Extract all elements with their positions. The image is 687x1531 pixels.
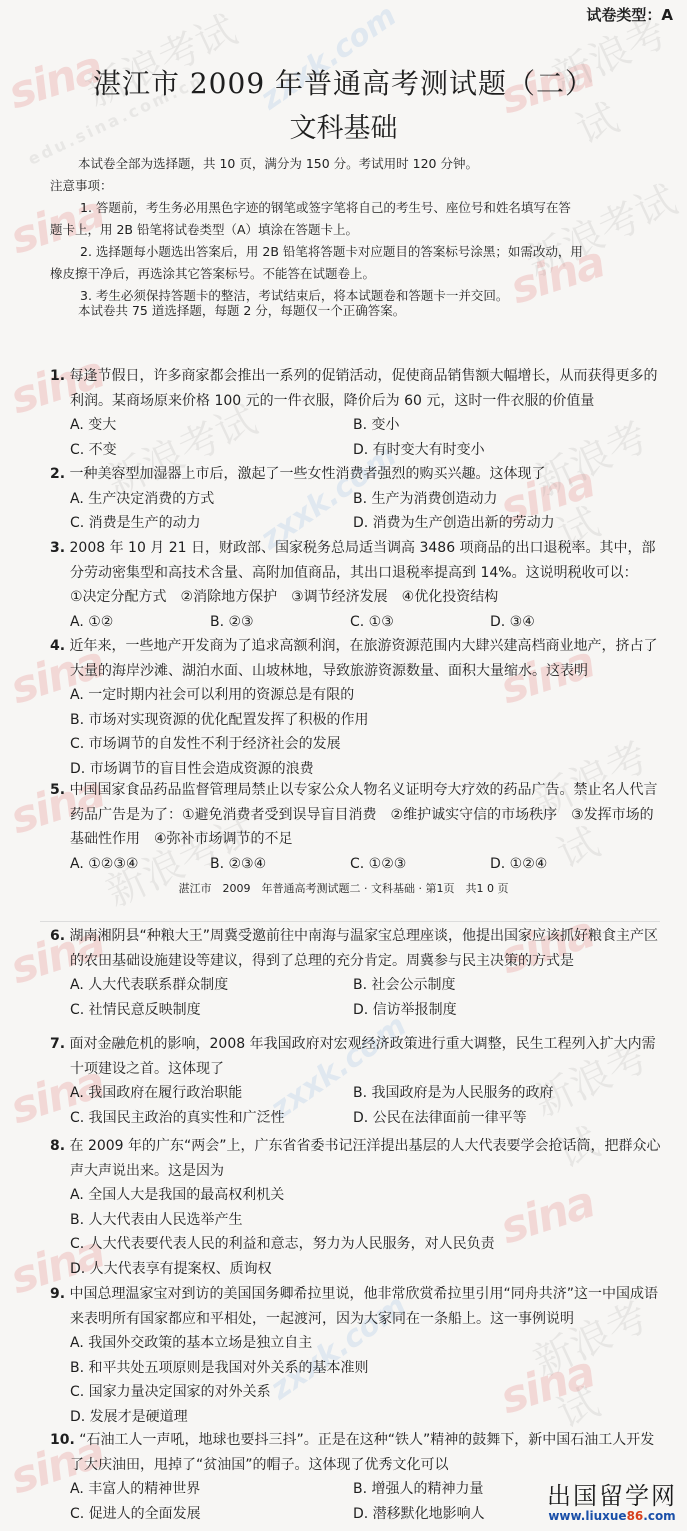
option-b: B. ②③④ — [210, 852, 350, 877]
question-stem: 中国总理温家宝对到访的美国国务卿希拉里说，他非常欣赏希拉里引用“同舟共济”这一中… — [70, 1286, 659, 1327]
exam-instructions: 本试卷全部为选择题，共 10 页，满分为 150 分。考试用时 120 分钟。 … — [50, 153, 660, 307]
question-6: 6. 湖南湘阴县“种粮大王”周冀受邀前往中南海与温家宝总理座谈，他提出国家应该抓… — [50, 924, 665, 1022]
question-number: 2. — [50, 466, 65, 482]
option-b: B. 变小 — [353, 413, 636, 438]
question-stem: 湖南湘阴县“种粮大王”周冀受邀前往中南海与温家宝总理座谈，他提出国家应该抓好粮食… — [70, 928, 659, 969]
option-d: D. ①②④ — [490, 852, 630, 877]
option-c: C. 市场调节的自发性不利于经济社会的发展 — [70, 732, 665, 757]
question-4: 4. 近年来，一些地产开发商为了追求高额利润，在旅游资源范围内大肆兴建高档商业地… — [50, 634, 665, 781]
option-c: C. 消费是生产的动力 — [70, 511, 353, 536]
question-number: 6. — [50, 928, 65, 944]
question-stem: 在 2009 年的广东“两会”上，广东省省委书记汪洋提出基层的人大代表要学会抢话… — [70, 1138, 661, 1179]
option-a: A. ①②③④ — [70, 852, 210, 877]
question-number: 4. — [50, 638, 65, 654]
option-c: C. ①②③ — [350, 852, 490, 877]
exam-page: sina 新浪考试 edu.sina.com.cn zxxk.com sina … — [0, 0, 687, 1531]
brand-url-prefix: www.liuxue — [548, 1509, 626, 1523]
exam-type-label: 试卷类型：A — [586, 4, 673, 25]
question-stem: 每逢节假日，许多商家都会推出一系列的促销活动，促使商品销售额大幅增长，从而获得更… — [70, 368, 658, 409]
option-b: B. ②③ — [210, 610, 350, 635]
option-d: D. 发展才是硬道理 — [70, 1405, 665, 1430]
option-b: B. 生产为消费创造动力 — [353, 487, 636, 512]
option-b: B. 社会公示制度 — [353, 973, 636, 998]
option-d: D. 信访举报制度 — [353, 998, 636, 1023]
question-number: 3. — [50, 540, 65, 556]
question-stem: “石油工人一声吼，地球也要抖三抖”。正是在这种“铁人”精神的鼓舞下，新中国石油工… — [70, 1432, 654, 1473]
brand-url: www.liuxue86.com — [547, 1509, 677, 1523]
option-b: B. 和平共处五项原则是我国对外关系的基本准则 — [70, 1356, 665, 1381]
question-stem: 面对金融危机的影响，2008 年我国政府对宏观经济政策进行重大调整，民生工程列入… — [70, 1036, 656, 1077]
notice-item-cont: 题卡上，用 2B 铅笔将试卷类型（A）填涂在答题卡上。 — [50, 219, 660, 241]
brand-name: 出国留学网 — [547, 1483, 677, 1509]
question-stem: 2008 年 10 月 21 日，财政部、国家税务总局适当调高 3486 项商品… — [70, 540, 656, 581]
question-stem: 中国国家食品药品监督管理局禁止以专家公众人物名义证明夸大疗效的药品广告。禁止名人… — [70, 782, 658, 847]
question-number: 1. — [50, 368, 65, 384]
option-a: A. 全国人大是我国的最高权利机关 — [70, 1183, 665, 1208]
option-c: C. 促进人的全面发展 — [70, 1502, 353, 1527]
option-a: A. 我国政府在履行政治职能 — [70, 1081, 353, 1106]
question-3: 3. 2008 年 10 月 21 日，财政部、国家税务总局适当调高 3486 … — [50, 536, 665, 634]
option-c: C. 不变 — [70, 438, 353, 463]
option-d: D. 公民在法律面前一律平等 — [353, 1106, 636, 1131]
option-d: D. ③④ — [490, 610, 630, 635]
question-number: 5. — [50, 782, 65, 798]
question-total-note: 本试卷共 75 道选择题，每题 2 分，每题仅一个正确答案。 — [78, 300, 405, 322]
option-a: A. ①② — [70, 610, 210, 635]
option-b: B. 人大代表由人民选举产生 — [70, 1208, 665, 1233]
question-8: 8. 在 2009 年的广东“两会”上，广东省省委书记汪洋提出基层的人大代表要学… — [50, 1134, 665, 1281]
question-stem: 一种美容型加湿器上市后，激起了一些女性消费者强烈的购买兴趣。这体现了 — [70, 466, 546, 482]
option-a: A. 一定时期内社会可以利用的资源总是有限的 — [70, 683, 665, 708]
option-c: C. 国家力量决定国家的对外关系 — [70, 1380, 665, 1405]
option-d: D. 消费为生产创造出新的劳动力 — [353, 511, 636, 536]
option-c: C. 我国民主政治的真实性和广泛性 — [70, 1106, 353, 1131]
brand-url-accent: 86 — [627, 1509, 644, 1523]
notice-item: 2. 选择题每小题选出答案后，用 2B 铅笔将答题卡对应题目的答案标号涂黑；如需… — [50, 241, 660, 263]
page-footer: 湛江市 2009 年普通高考测试题二 · 文科基础 · 第1页 共1 0 页 — [0, 880, 687, 896]
option-a: A. 人大代表联系群众制度 — [70, 973, 353, 998]
question-number: 10. — [50, 1432, 75, 1448]
exam-subtitle: 文科基础 — [0, 106, 687, 145]
question-5: 5. 中国国家食品药品监督管理局禁止以专家公众人物名义证明夸大疗效的药品广告。禁… — [50, 778, 665, 876]
question-statements: ①决定分配方式 ②消除地方保护 ③调节经济发展 ④优化投资结构 — [70, 585, 665, 610]
notice-item-cont: 橡皮擦干净后，再选涂其它答案标号。不能答在试题卷上。 — [50, 263, 660, 285]
question-stem: 近年来，一些地产开发商为了追求高额利润，在旅游资源范围内大肆兴建高档商业地产，挤… — [70, 638, 658, 679]
brand-url-suffix: .com — [643, 1509, 675, 1523]
option-b: B. 我国政府是为人民服务的政府 — [353, 1081, 636, 1106]
option-b: B. 市场对实现资源的优化配置发挥了积极的作用 — [70, 708, 665, 733]
exam-summary: 本试卷全部为选择题，共 10 页，满分为 150 分。考试用时 120 分钟。 — [50, 153, 660, 175]
question-number: 7. — [50, 1036, 65, 1052]
option-a: A. 丰富人的精神世界 — [70, 1477, 353, 1502]
question-number: 8. — [50, 1138, 65, 1154]
brand-logo: 出国留学网 www.liuxue86.com — [547, 1483, 677, 1523]
exam-title: 湛江市 2009 年普通高考测试题（二） — [0, 62, 687, 102]
option-c: C. 人大代表要代表人民的利益和意志，努力为人民服务，对人民负责 — [70, 1232, 665, 1257]
notice-title: 注意事项： — [50, 175, 660, 197]
question-9: 9. 中国总理温家宝对到访的美国国务卿希拉里说，他非常欣赏希拉里引用“同舟共济”… — [50, 1282, 665, 1429]
question-number: 9. — [50, 1286, 65, 1302]
question-7: 7. 面对金融危机的影响，2008 年我国政府对宏观经济政策进行重大调整，民生工… — [50, 1032, 665, 1130]
option-a: A. 变大 — [70, 413, 353, 438]
page-divider — [40, 921, 660, 922]
option-a: A. 我国外交政策的基本立场是独立自主 — [70, 1331, 665, 1356]
option-c: C. 社情民意反映制度 — [70, 998, 353, 1023]
option-a: A. 生产决定消费的方式 — [70, 487, 353, 512]
question-2: 2. 一种美容型加湿器上市后，激起了一些女性消费者强烈的购买兴趣。这体现了 A.… — [50, 462, 665, 536]
option-c: C. ①③ — [350, 610, 490, 635]
notice-item: 1. 答题前，考生务必用黑色字迹的钢笔或签字笔将自己的考生号、座位号和姓名填写在… — [50, 197, 660, 219]
option-d: D. 人大代表享有提案权、质询权 — [70, 1257, 665, 1282]
question-1: 1. 每逢节假日，许多商家都会推出一系列的促销活动，促使商品销售额大幅增长，从而… — [50, 364, 665, 462]
option-d: D. 有时变大有时变小 — [353, 438, 636, 463]
